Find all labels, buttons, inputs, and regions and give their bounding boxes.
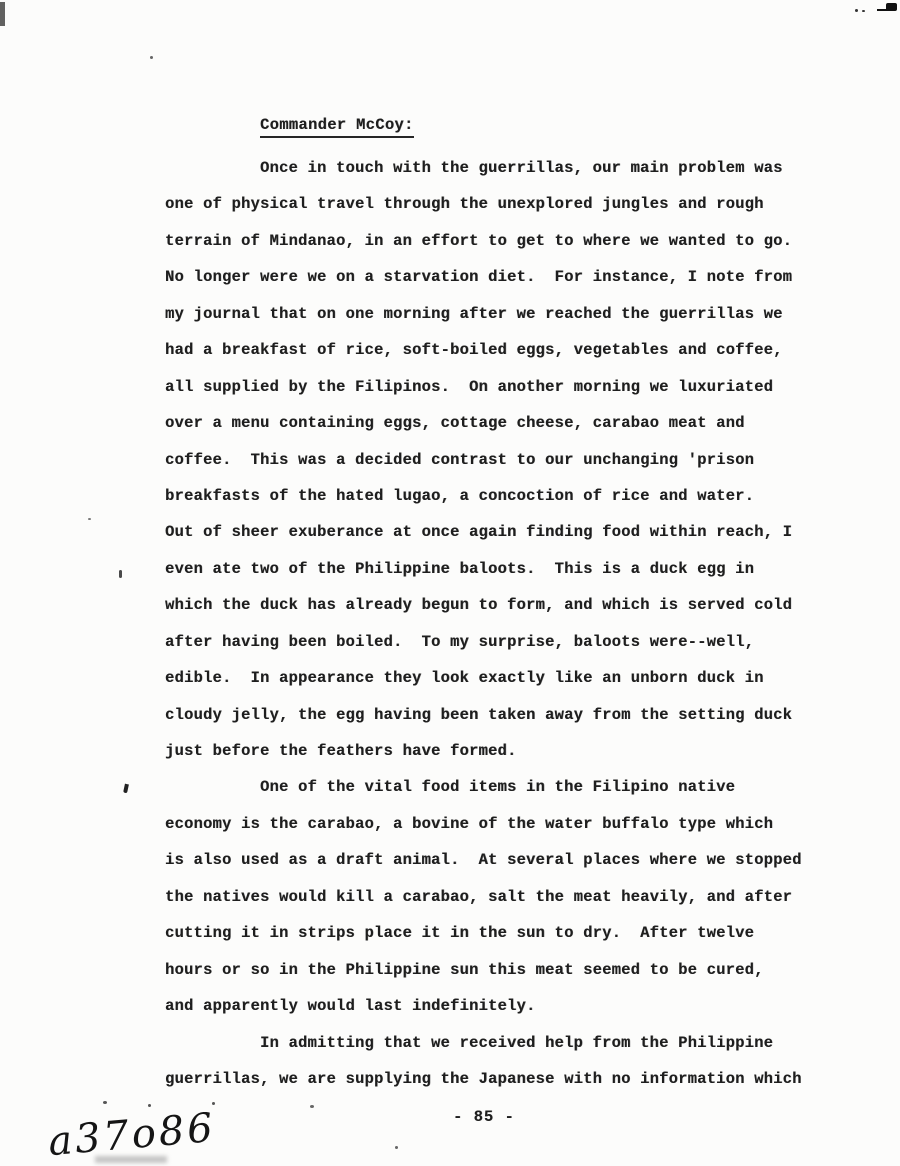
text-line: cloudy jelly, the egg having been taken … (165, 697, 845, 733)
text-line: my journal that on one morning after we … (165, 296, 845, 332)
scan-artifact (150, 56, 153, 59)
text-line: and apparently would last indefinitely. (165, 988, 845, 1024)
text-line: terrain of Mindanao, in an effort to get… (165, 223, 845, 259)
scan-artifact (103, 1101, 107, 1104)
scan-artifact (0, 2, 5, 26)
scan-artifact (855, 9, 858, 12)
text-line: even ate two of the Philippine baloots. … (165, 551, 845, 587)
scan-artifact (862, 10, 865, 12)
scan-artifact (148, 1104, 151, 1107)
scan-artifact (123, 784, 129, 794)
text-line: hours or so in the Philippine sun this m… (165, 952, 845, 988)
scan-artifact (395, 1146, 398, 1149)
text-line: had a breakfast of rice, soft-boiled egg… (165, 332, 845, 368)
document-body: Once in touch with the guerrillas, our m… (165, 150, 845, 1097)
text-line: just before the feathers have formed. (165, 733, 845, 769)
text-line: No longer were we on a starvation diet. … (165, 259, 845, 295)
text-line: guerrillas, we are supplying the Japanes… (165, 1061, 845, 1097)
text-line: which the duck has already begun to form… (165, 587, 845, 623)
document-heading: Commander McCoy: (260, 116, 414, 138)
text-line: after having been boiled. To my surprise… (165, 624, 845, 660)
scan-artifact (877, 9, 895, 11)
text-line: edible. In appearance they look exactly … (165, 660, 845, 696)
text-line: economy is the carabao, a bovine of the … (165, 806, 845, 842)
page-number: - 85 - (453, 1108, 515, 1126)
scan-artifact (212, 1102, 215, 1105)
scan-artifact (88, 518, 91, 520)
text-line: coffee. This was a decided contrast to o… (165, 442, 845, 478)
text-line: Out of sheer exuberance at once again fi… (165, 514, 845, 550)
text-line: Once in touch with the guerrillas, our m… (165, 150, 845, 186)
scan-artifact (95, 1156, 167, 1163)
text-line: breakfasts of the hated lugao, a concoct… (165, 478, 845, 514)
scan-artifact (119, 570, 122, 578)
text-line: the natives would kill a carabao, salt t… (165, 879, 845, 915)
text-line: all supplied by the Filipinos. On anothe… (165, 369, 845, 405)
text-line: One of the vital food items in the Filip… (165, 769, 845, 805)
text-line: one of physical travel through the unexp… (165, 186, 845, 222)
text-line: In admitting that we received help from … (165, 1025, 845, 1061)
text-line: over a menu containing eggs, cottage che… (165, 405, 845, 441)
document-page: Commander McCoy: Once in touch with the … (0, 0, 900, 1166)
text-line: cutting it in strips place it in the sun… (165, 915, 845, 951)
scan-artifact (310, 1105, 314, 1108)
text-line: is also used as a draft animal. At sever… (165, 842, 845, 878)
